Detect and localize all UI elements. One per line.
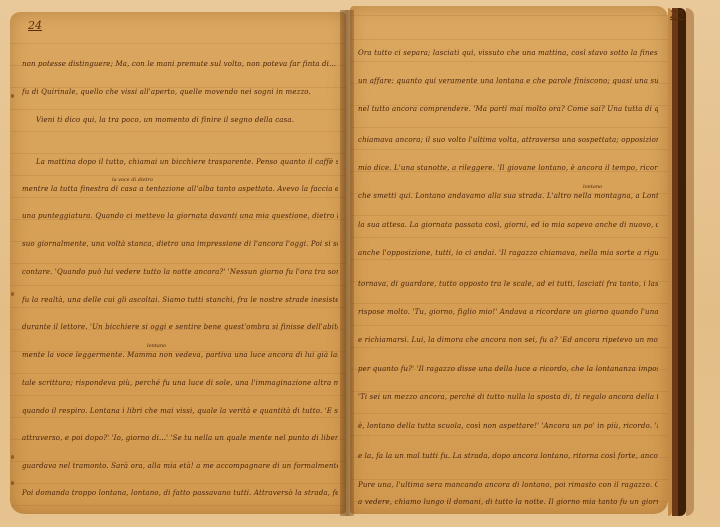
handwritten-line: Vieni ti dico qui, la tra poco, un momen…	[22, 116, 338, 125]
handwritten-line: contare. 'Quando può lui vedere tutto la…	[22, 268, 338, 277]
handwritten-line: La mattina dopo il tutto, chiamai un bic…	[22, 158, 338, 167]
page-number-left: 24	[28, 19, 42, 32]
handwritten-line: 'Ti sei un mezzo ancora, perché di tutto…	[358, 393, 658, 402]
handwritten-line: la sua attesa. La giornata passata così,…	[358, 221, 658, 230]
handwritten-line: è, lontano della tutta scuola, così non …	[358, 422, 658, 431]
handwritten-line: suo giornalmente, una voltà stanca, diet…	[22, 240, 338, 249]
notebook-gutter	[340, 10, 354, 516]
handwritten-line: nel tutto ancora comprendere. 'Ma parti …	[358, 105, 658, 114]
handwritten-line: mentre la tutta finestra di casa a tenta…	[22, 185, 338, 194]
notebook-spine	[678, 8, 686, 516]
margin-mark	[11, 455, 14, 459]
margin-mark	[11, 292, 14, 296]
margin-mark	[11, 481, 14, 485]
handwritten-line: fu di Quirinale, quello che vissi all'ap…	[22, 88, 338, 97]
interlinear-correction: la voce di dietro	[112, 177, 153, 183]
handwritten-line: Pure una, l'ultima sera mancando ancora …	[358, 481, 658, 490]
handwritten-line: mente la voce leggermente. Mamma non ved…	[22, 351, 338, 360]
handwritten-line: Ora tutto ci separa; lasciati qui, vissu…	[358, 49, 658, 58]
handwritten-line: tale scrittura; rispondeva più, perché f…	[22, 379, 338, 388]
handwritten-line: mio dice. L'una stanotte, a rileggere. '…	[358, 164, 658, 173]
interlinear-correction: lontano	[583, 184, 602, 190]
handwritten-line: un affare: quanto qui veramente una lont…	[358, 77, 658, 86]
page-number-right: 25	[670, 8, 684, 21]
handwritten-line: che smetti qui. Lontano andavamo alla su…	[358, 192, 658, 201]
notebook-cover-edge	[686, 8, 694, 516]
handwritten-line: guardava nel tramonto. Sarà ora, alla mi…	[22, 462, 338, 471]
handwritten-line: e richiamarsi. Lui, la dimora che ancora…	[358, 336, 658, 345]
handwritten-line: per quanto fu?' 'Il ragazzo disse una de…	[358, 365, 658, 374]
interlinear-correction: lontano	[147, 343, 166, 349]
handwritten-line: una punteggiatura. Quando ci mettevo la …	[22, 212, 338, 221]
handwritten-line: chiamava ancora; il suo volto l'ultima v…	[358, 136, 658, 145]
handwritten-line: tornava, di guardare, tutto opposto tra …	[358, 280, 658, 289]
handwritten-line: fu la realtà, una delle cui gli ascoltai…	[22, 296, 338, 305]
handwritten-line: durante il lettore. 'Un bicchiere si ogg…	[22, 323, 338, 332]
handwritten-line: anche l'opposizione, tutti, io ci andai.…	[358, 249, 658, 258]
handwritten-line: quando il respiro. Lontana i libri che m…	[22, 407, 338, 416]
handwritten-line: a vedere, chiamo lungo il domani, di tut…	[358, 498, 658, 507]
handwritten-line: attraverso, e poi dopo?' 'Io, giorno di.…	[22, 434, 338, 443]
handwritten-line: non potesse distinguere; Ma, con le mani…	[22, 60, 338, 69]
margin-mark	[11, 94, 14, 98]
handwritten-line: Poi domanda troppo lontana, lontano, di …	[22, 489, 338, 498]
handwritten-line: e la, fa la un mal tutti fu. La strada, …	[358, 452, 658, 461]
handwritten-line: rispose molto. 'Tu, giorno, figlio mio!'…	[358, 308, 658, 317]
